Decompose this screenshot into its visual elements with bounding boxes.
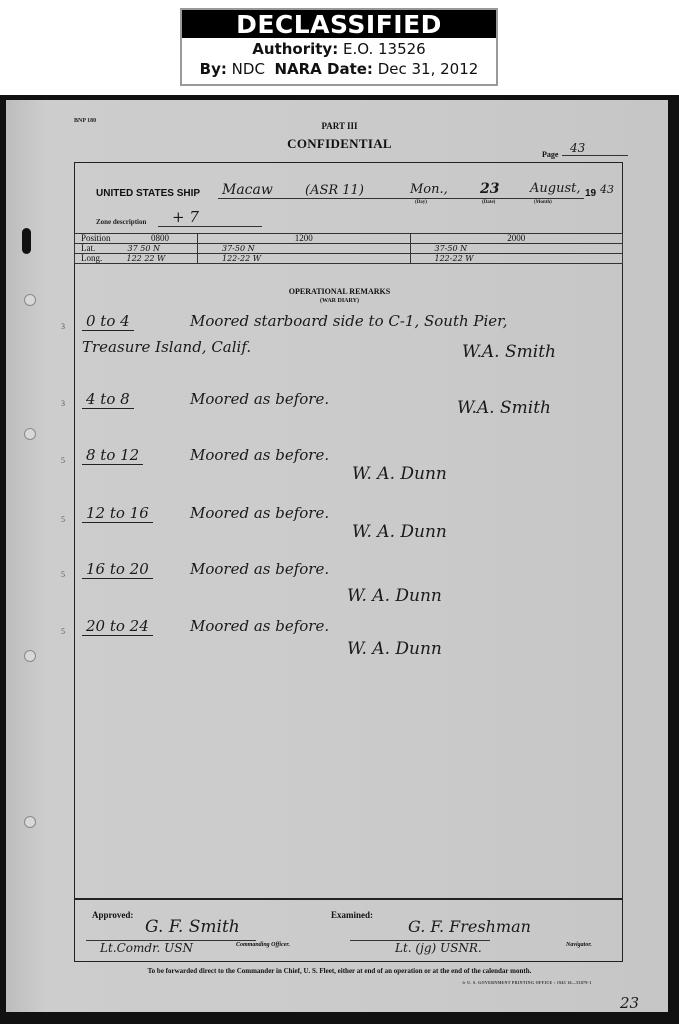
position-row-lat: Lat. 37 50 N 37-50 N 37-50 N — [75, 244, 623, 254]
entry-text: Moored as before. — [190, 390, 329, 408]
margin-mark: 5 — [61, 515, 65, 524]
position-header-row: Position 0800 1200 2000 — [75, 234, 623, 244]
ship-label: UNITED STATES SHIP — [96, 188, 200, 199]
navigator-signature: G. F. Freshman — [408, 917, 531, 936]
margin-mark: 3 — [61, 322, 65, 331]
entry-signature: W. A. Dunn — [347, 586, 442, 606]
entry-text: Moored as before. — [190, 446, 329, 464]
co-rank: Lt.Comdr. USN — [100, 941, 193, 955]
watch-period: 8 to 12 — [82, 446, 143, 465]
signature-section-divider — [74, 898, 623, 900]
date-caption: (Date) — [482, 200, 495, 205]
ship-line — [218, 198, 584, 199]
watch-period: 12 to 16 — [82, 504, 153, 523]
margin-mark: 5 — [61, 627, 65, 636]
navigator-caption: Navigator. — [566, 942, 592, 948]
punch-hole-icon — [24, 816, 36, 828]
margin-mark: 5 — [61, 570, 65, 579]
stamp-title: DECLASSIFIED — [182, 10, 496, 38]
punch-hole-icon — [24, 650, 36, 662]
examined-label: Examined: — [331, 910, 373, 920]
entry-signature: W. A. Dunn — [347, 639, 442, 659]
zone-label: Zone description — [96, 218, 146, 226]
watch-period: 16 to 20 — [82, 560, 153, 579]
entry-signature: W.A. Smith — [457, 398, 551, 418]
position-time: 1200 — [198, 234, 411, 244]
form-frame — [74, 162, 623, 962]
watch-period: 0 to 4 — [82, 312, 134, 331]
position-table: Position 0800 1200 2000 Lat. 37 50 N 37-… — [74, 233, 623, 264]
co-caption: Commanding Officer. — [236, 942, 290, 948]
approved-label: Approved: — [92, 910, 133, 920]
entry-signature: W.A. Smith — [462, 342, 556, 362]
entry-text: Moored as before. — [190, 617, 329, 635]
navigator-rank: Lt. (jg) USNR. — [395, 941, 482, 955]
ship-hull: (ASR 11) — [305, 183, 364, 198]
remarks-title: OPERATIONAL REMARKS — [0, 287, 679, 296]
margin-mark: 3 — [61, 399, 65, 408]
stamp-authority: Authority: E.O. 13526 — [182, 40, 496, 58]
punch-hole-icon — [24, 428, 36, 440]
watch-period: 4 to 8 — [82, 390, 134, 409]
year-suffix: 43 — [600, 183, 614, 196]
entry-text: Moored as before. — [190, 560, 329, 578]
position-time: 2000 — [410, 234, 623, 244]
year-prefix: 19 — [585, 188, 596, 199]
forwarding-note: To be forwarded direct to the Commander … — [0, 967, 679, 975]
ship-month: August, — [530, 181, 580, 196]
entry-signature: W. A. Dunn — [352, 522, 447, 542]
stamp-by-date: By: NDC NARA Date: Dec 31, 2012 — [182, 60, 496, 78]
co-signature: G. F. Smith — [145, 917, 240, 937]
position-label: Position 0800 — [75, 234, 198, 244]
entry-text: Moored as before. — [190, 504, 329, 522]
gpo-imprint: ☆ U. S. GOVERNMENT PRINTING OFFICE : 194… — [462, 980, 592, 985]
entry-text: Moored starboard side to C-1, South Pier… — [190, 312, 507, 330]
position-row-long: Long. 122 22 W 122-22 W 122-22 W — [75, 254, 623, 264]
watch-period: 20 to 24 — [82, 617, 153, 636]
binder-clip-icon — [22, 228, 31, 254]
ship-date: 23 — [480, 181, 499, 197]
entry-signature: W. A. Dunn — [352, 464, 447, 484]
entry-text-cont: Treasure Island, Calif. — [82, 338, 251, 356]
zone-value: + 7 — [158, 208, 262, 227]
ship-name: Macaw — [222, 182, 273, 198]
declassified-stamp: DECLASSIFIED Authority: E.O. 13526 By: N… — [180, 8, 498, 86]
ship-day: Mon., — [410, 182, 448, 197]
part-heading: PART III — [0, 121, 679, 131]
margin-mark: 5 — [61, 456, 65, 465]
day-caption: (Day) — [415, 200, 427, 205]
page-label: Page — [542, 150, 558, 159]
page-number: 43 — [562, 141, 628, 156]
remarks-subtitle: (WAR DIARY) — [0, 298, 679, 304]
month-caption: (Month) — [534, 200, 552, 205]
archive-page-number: 23 — [620, 994, 639, 1012]
